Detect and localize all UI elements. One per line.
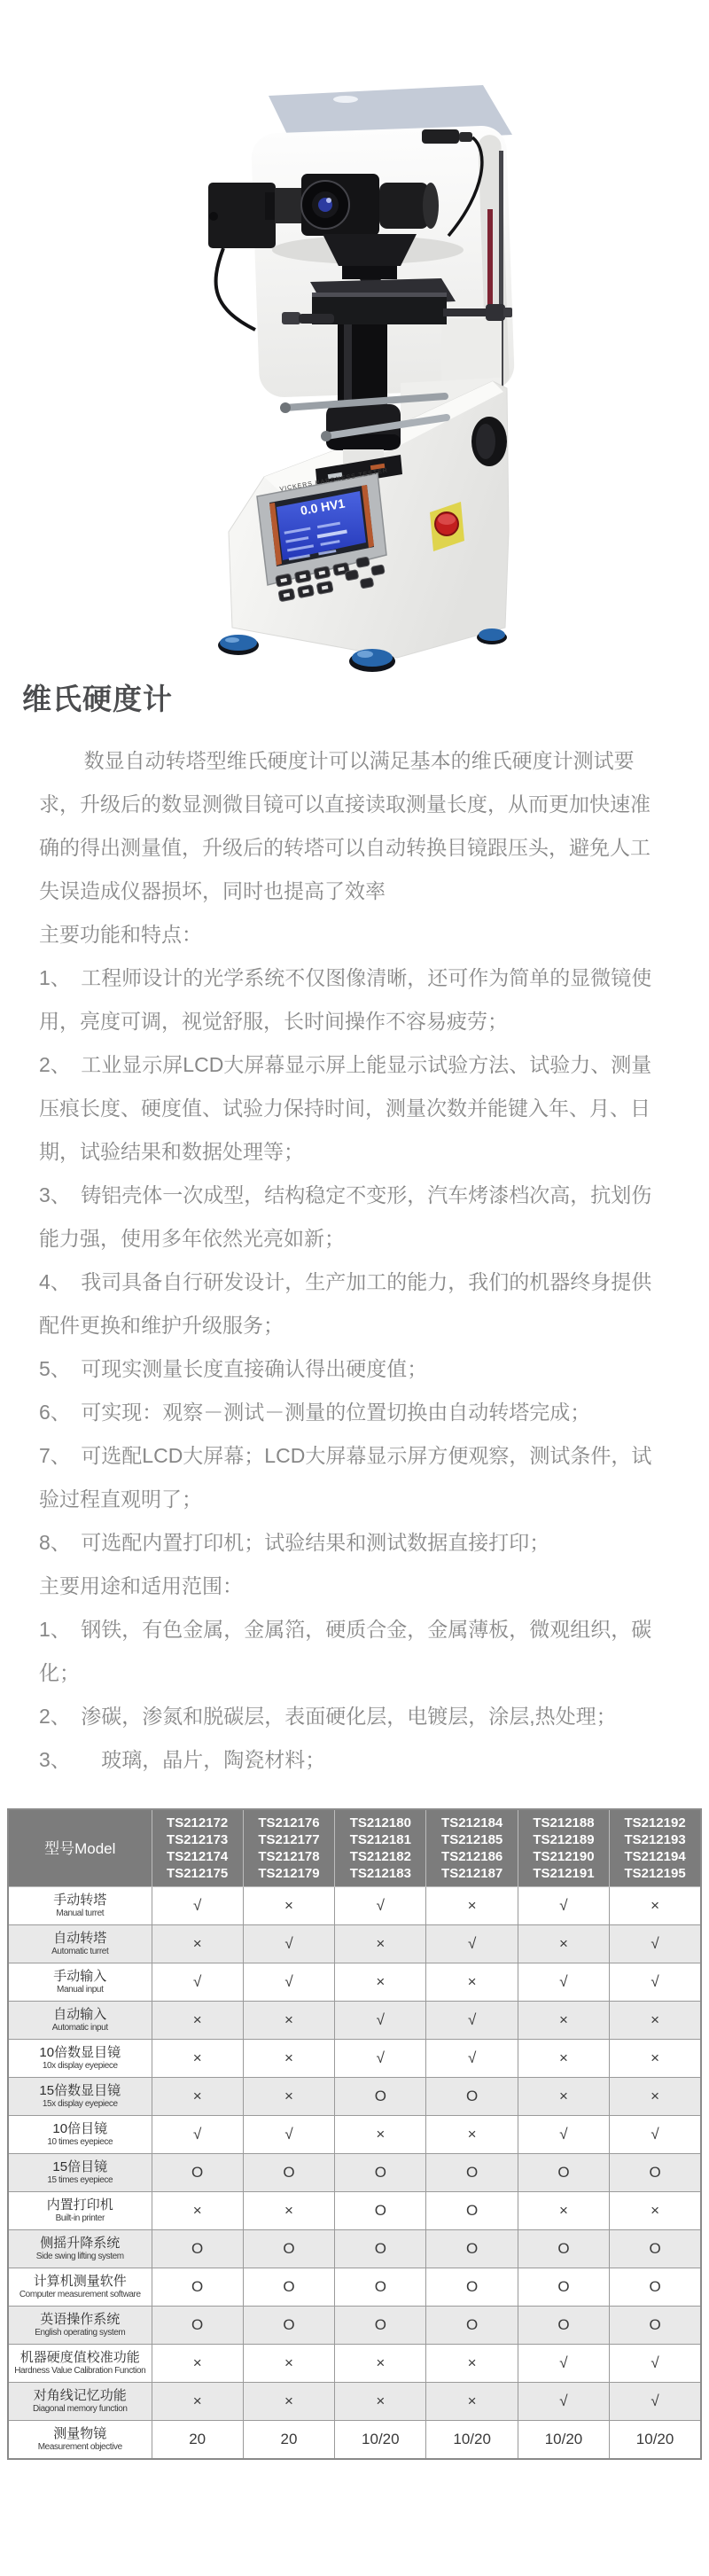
spec-value: × (426, 2116, 518, 2154)
spec-row: 内置打印机Built-in printer××OO×× (8, 2192, 701, 2230)
spec-value: × (152, 2383, 243, 2421)
spec-value: √ (426, 2002, 518, 2040)
spec-value: √ (243, 2116, 334, 2154)
spec-value: × (610, 2192, 701, 2230)
spec-value: O (610, 2230, 701, 2268)
usage-item: 1、 钢铁，有色金属，金属箔，硬质合金，金属薄板，微观组织，碳化； (39, 1608, 670, 1695)
spec-value: O (243, 2268, 334, 2307)
spec-row: 测量物镜Measurement objective202010/2010/201… (8, 2421, 701, 2459)
spec-value: × (243, 2040, 334, 2078)
spec-value: × (610, 2078, 701, 2116)
feature-item: 3、 铸铝壳体一次成型，结构稳定不变形，汽车烤漆档次高，抗划伤能力强，使用多年依… (39, 1174, 670, 1261)
page-title: 维氏硬度计 (22, 683, 709, 716)
spec-value: × (335, 2116, 426, 2154)
spec-value: √ (518, 1963, 609, 2002)
spec-row: 侧摇升降系统Side swing lifting systemOOOOOO (8, 2230, 701, 2268)
feature-item: 7、 可选配LCD大屏幕；LCD大屏幕显示屏方便观察，测试条件，试验过程直观明了… (39, 1434, 670, 1521)
spec-value: × (335, 1925, 426, 1963)
spec-value: × (426, 2345, 518, 2383)
spec-row-label: 内置打印机Built-in printer (8, 2192, 152, 2230)
spec-value: 10/20 (426, 2421, 518, 2459)
product-page: VICKERS HARDNESS TESTER 0.0 HV1 (0, 0, 709, 2576)
spec-value: O (426, 2268, 518, 2307)
spec-value: √ (518, 1887, 609, 1925)
spec-value: √ (610, 2345, 701, 2383)
model-column-header: TS212176 TS212177 TS212178 TS212179 (243, 1809, 334, 1887)
spec-value: 10/20 (610, 2421, 701, 2459)
spec-row-label: 自动输入Automatic input (8, 2002, 152, 2040)
model-column-header: TS212184 TS212185 TS212186 TS212187 (426, 1809, 518, 1887)
spec-row-label: 手动输入Manual input (8, 1963, 152, 2002)
spec-value: O (243, 2230, 334, 2268)
spec-value: × (243, 1887, 334, 1925)
spec-value: × (335, 1963, 426, 2002)
intro-paragraph: 数显自动转塔型维氏硬度计可以满足基本的维氏硬度计测试要求，升级后的数显测微目镜可… (39, 739, 670, 913)
spec-value: √ (152, 1963, 243, 2002)
spec-row: 对角线记忆功能Diagonal memory function××××√√ (8, 2383, 701, 2421)
spec-value: O (610, 2154, 701, 2192)
spec-value: O (152, 2230, 243, 2268)
spec-row: 自动转塔Automatic turret×√×√×√ (8, 1925, 701, 1963)
spec-value: × (518, 2040, 609, 2078)
spec-row: 手动输入Manual input√√××√√ (8, 1963, 701, 2002)
spec-value: O (610, 2307, 701, 2345)
micrometer-right (443, 308, 487, 316)
feature-item: 5、 可现实测量长度直接确认得出硬度值； (39, 1347, 670, 1391)
model-column-header: TS212188 TS212189 TS212190 TS212191 (518, 1809, 609, 1887)
features-heading: 主要功能和特点： (39, 913, 670, 956)
spec-value: √ (243, 1925, 334, 1963)
spec-row: 10倍目镜10 times eyepiece√√××√√ (8, 2116, 701, 2154)
spec-row-label: 15倍数显目镜15x display eyepiece (8, 2078, 152, 2116)
spec-value: × (152, 2002, 243, 2040)
spec-row-label: 10倍目镜10 times eyepiece (8, 2116, 152, 2154)
spec-value: O (518, 2268, 609, 2307)
spec-value: O (426, 2078, 518, 2116)
spec-value: × (335, 2383, 426, 2421)
spec-value: O (243, 2154, 334, 2192)
spec-value: √ (335, 1887, 426, 1925)
spec-value: O (610, 2268, 701, 2307)
spec-value: × (243, 2345, 334, 2383)
feature-item: 4、 我司具备自行研发设计，生产加工的能力，我们的机器终身提供配件更换和维护升级… (39, 1261, 670, 1347)
feature-item: 8、 可选配内置打印机；试验结果和测试数据直接打印； (39, 1521, 670, 1565)
model-header-cell: 型号Model (8, 1809, 152, 1887)
spec-row: 15倍目镜15 times eyepieceOOOOOO (8, 2154, 701, 2192)
spec-value: O (518, 2307, 609, 2345)
spec-value: × (243, 2002, 334, 2040)
spec-row-label: 15倍目镜15 times eyepiece (8, 2154, 152, 2192)
spec-value: O (335, 2230, 426, 2268)
spec-value: × (610, 1887, 701, 1925)
spec-value: O (243, 2307, 334, 2345)
spec-row-label: 侧摇升降系统Side swing lifting system (8, 2230, 152, 2268)
spec-value: √ (518, 2383, 609, 2421)
spec-value: O (335, 2307, 426, 2345)
spec-row: 10倍数显目镜10x display eyepiece××√√×× (8, 2040, 701, 2078)
spec-value: × (152, 2078, 243, 2116)
spec-value: √ (243, 1963, 334, 2002)
spec-row-label: 手动转塔Manual turret (8, 1887, 152, 1925)
spec-value: O (152, 2154, 243, 2192)
spec-value: × (152, 2040, 243, 2078)
spec-value: O (426, 2230, 518, 2268)
spec-value: × (152, 1925, 243, 1963)
spec-value: O (426, 2154, 518, 2192)
spec-value: × (610, 2040, 701, 2078)
spec-value: O (426, 2307, 518, 2345)
screw-highlight (344, 324, 352, 411)
spec-value: O (152, 2307, 243, 2345)
spec-table-body: 手动转塔Manual turret√×√×√×自动转塔Automatic tur… (8, 1887, 701, 2459)
spec-row: 自动输入Automatic input××√√×× (8, 2002, 701, 2040)
model-column-header: TS212192 TS212193 TS212194 TS212195 (610, 1809, 701, 1887)
spec-value: × (243, 2078, 334, 2116)
spec-value: O (335, 2078, 426, 2116)
description-section: 数显自动转塔型维氏硬度计可以满足基本的维氏硬度计测试要求，升级后的数显测微目镜可… (39, 739, 670, 1782)
spec-row-label: 机器硬度值校准功能Hardness Value Calibration Func… (8, 2345, 152, 2383)
micrometer-left (282, 312, 300, 324)
spec-value: O (518, 2154, 609, 2192)
spec-value: × (243, 2192, 334, 2230)
spec-row-label: 自动转塔Automatic turret (8, 1925, 152, 1963)
spec-value: O (335, 2192, 426, 2230)
spec-value: √ (610, 1963, 701, 2002)
feature-item: 6、 可实现：观察－测试－测量的位置切换由自动转塔完成； (39, 1391, 670, 1434)
spec-row: 15倍数显目镜15x display eyepiece××OO×× (8, 2078, 701, 2116)
spec-value: × (426, 2383, 518, 2421)
spec-value: √ (610, 2383, 701, 2421)
spec-value: O (426, 2192, 518, 2230)
spec-value: × (610, 2002, 701, 2040)
spec-value: O (335, 2154, 426, 2192)
spec-row-label: 计算机测量软件Computer measurement software (8, 2268, 152, 2307)
spec-value: × (335, 2345, 426, 2383)
spec-value: × (426, 1963, 518, 2002)
spec-value: × (152, 2192, 243, 2230)
usage-item: 3、 玻璃，晶片，陶瓷材料； (39, 1738, 670, 1782)
spec-value: √ (152, 2116, 243, 2154)
spec-value: 20 (152, 2421, 243, 2459)
model-spec-table: 型号Model TS212172 TS212173 TS212174 TS212… (7, 1808, 702, 2460)
spec-value: × (243, 2383, 334, 2421)
spec-value: √ (518, 2116, 609, 2154)
spec-value: O (152, 2268, 243, 2307)
spec-value: O (335, 2268, 426, 2307)
model-column-header: TS212180 TS212181 TS212182 TS212183 (335, 1809, 426, 1887)
spec-row: 机器硬度值校准功能Hardness Value Calibration Func… (8, 2345, 701, 2383)
side-knob (471, 417, 507, 466)
spec-value: 20 (243, 2421, 334, 2459)
spec-row: 英语操作系统English operating systemOOOOOO (8, 2307, 701, 2345)
spec-row: 手动转塔Manual turret√×√×√× (8, 1887, 701, 1925)
spec-value: × (518, 2078, 609, 2116)
spec-table-head-row: 型号Model TS212172 TS212173 TS212174 TS212… (8, 1809, 701, 1887)
spec-value: O (518, 2230, 609, 2268)
product-photo-section: VICKERS HARDNESS TESTER 0.0 HV1 (0, 0, 709, 674)
spec-row-label: 英语操作系统English operating system (8, 2307, 152, 2345)
spec-value: × (518, 2002, 609, 2040)
spec-value: √ (152, 1887, 243, 1925)
usage-heading: 主要用途和适用范围： (39, 1565, 670, 1608)
spec-row-label: 10倍数显目镜10x display eyepiece (8, 2040, 152, 2078)
spec-value: √ (335, 2002, 426, 2040)
spec-value: √ (335, 2040, 426, 2078)
spec-value: 10/20 (518, 2421, 609, 2459)
features-list: 1、 工程师设计的光学系统不仅图像清晰，还可作为简单的显微镜使用，亮度可调，视觉… (39, 956, 670, 1565)
spec-row-label: 测量物镜Measurement objective (8, 2421, 152, 2459)
spec-value: √ (426, 1925, 518, 1963)
product-photo-vickers-tester: VICKERS HARDNESS TESTER 0.0 HV1 (177, 35, 567, 674)
spec-value: 10/20 (335, 2421, 426, 2459)
usage-item: 2、 渗碳，渗氮和脱碳层，表面硬化层，电镀层，涂层,热处理； (39, 1695, 670, 1738)
spec-row: 计算机测量软件Computer measurement softwareOOOO… (8, 2268, 701, 2307)
feature-item: 1、 工程师设计的光学系统不仅图像清晰，还可作为简单的显微镜使用，亮度可调，视觉… (39, 956, 670, 1043)
spec-value: √ (426, 2040, 518, 2078)
spec-value: × (152, 2345, 243, 2383)
spec-row-label: 对角线记忆功能Diagonal memory function (8, 2383, 152, 2421)
spec-value: √ (518, 2345, 609, 2383)
spec-value: √ (610, 1925, 701, 1963)
spec-value: √ (610, 2116, 701, 2154)
spec-value: × (518, 1925, 609, 1963)
spec-value: × (518, 2192, 609, 2230)
usage-list: 1、 钢铁，有色金属，金属箔，硬质合金，金属薄板，微观组织，碳化；2、 渗碳，渗… (39, 1608, 670, 1782)
model-column-header: TS212172 TS212173 TS212174 TS212175 (152, 1809, 243, 1887)
feature-item: 2、 工业显示屏LCD大屏幕显示屏上能显示试验方法、试验力、测量压痕长度、硬度值… (39, 1043, 670, 1174)
spec-value: × (426, 1887, 518, 1925)
